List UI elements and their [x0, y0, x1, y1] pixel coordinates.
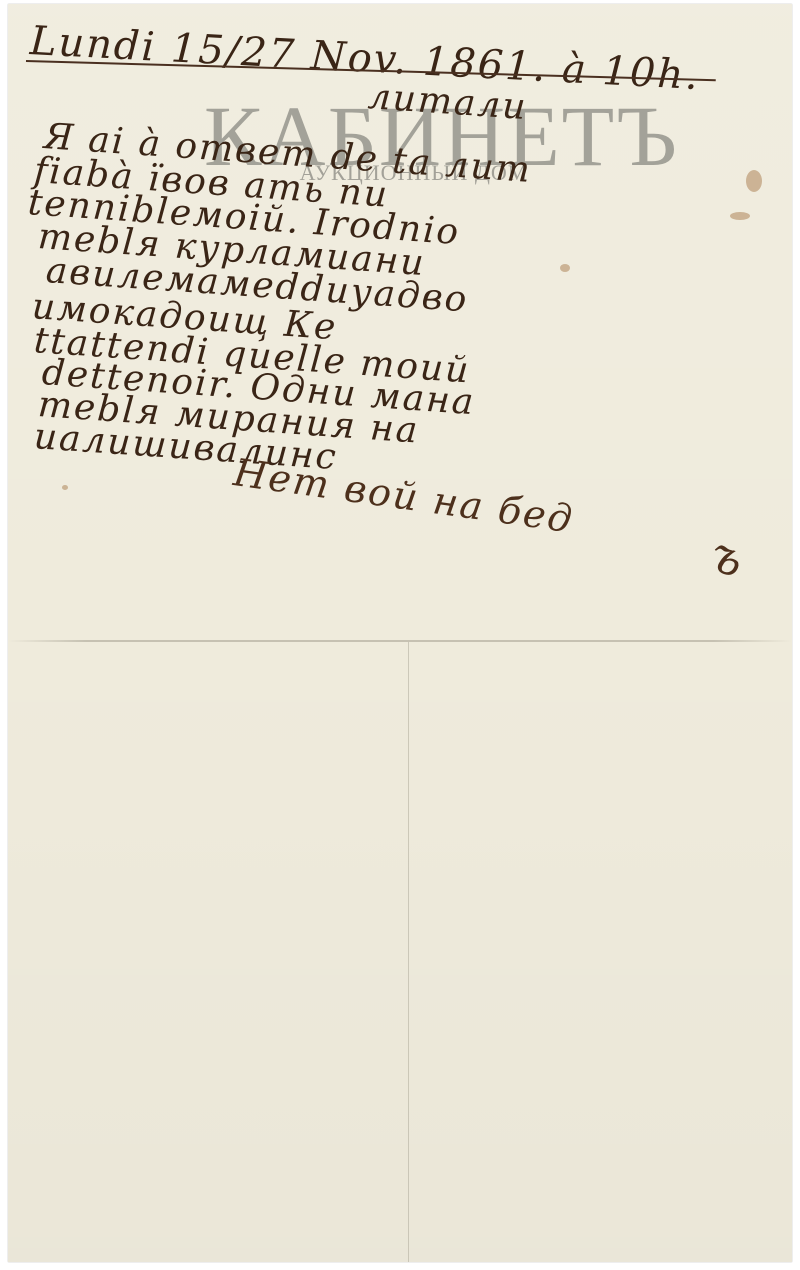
ink-stain — [62, 485, 68, 490]
signature: Нет вой на бед — [231, 450, 577, 541]
vertical-fold-line — [408, 642, 409, 1262]
letter-sheet: Lundi 15/27 Nov. 1861. à 10h. КАБИНЕТЪ А… — [8, 4, 792, 1262]
signature-flourish: ъ — [702, 526, 753, 590]
ink-stain — [730, 212, 750, 220]
date-line: Lundi 15/27 Nov. 1861. à 10h. — [29, 18, 701, 99]
horizontal-fold-line — [8, 640, 792, 642]
ink-stain — [560, 264, 570, 272]
ink-stain — [746, 170, 762, 192]
